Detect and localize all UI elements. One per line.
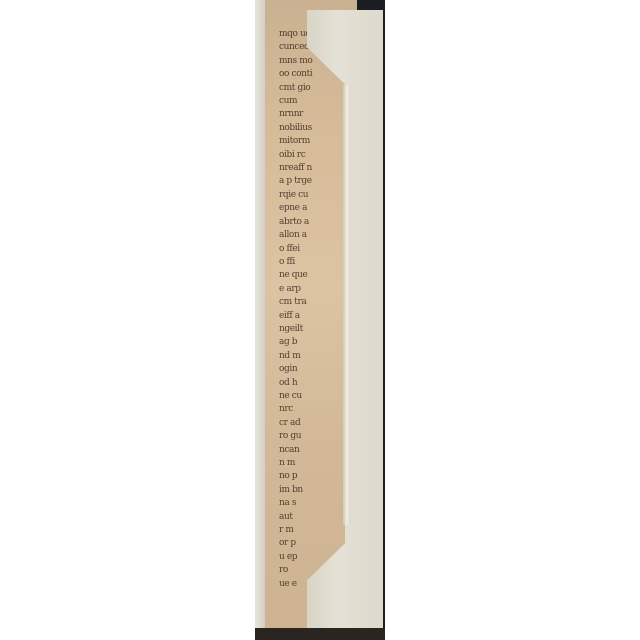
fold-crease bbox=[343, 85, 351, 525]
binding-photo: mqo uob cunced mns mo oo conti cmt gio c… bbox=[255, 0, 385, 640]
gothic-text: mqo uob cunced mns mo oo conti cmt gio c… bbox=[279, 28, 337, 588]
shadow bbox=[255, 628, 385, 640]
